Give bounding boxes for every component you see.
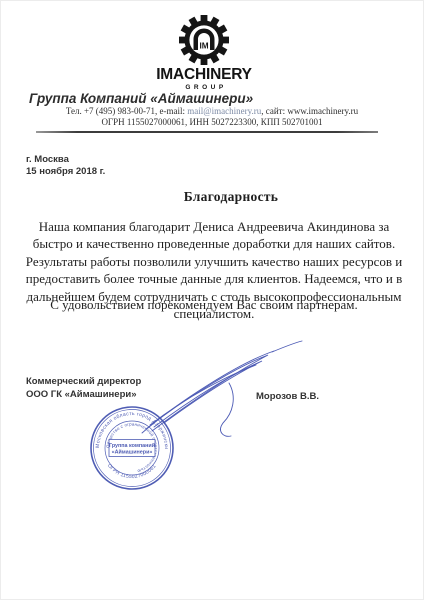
company-logo: IM IMACHINERY GROUP: [0, 14, 415, 91]
header-divider: [36, 131, 378, 133]
site-label: , сайт:: [261, 106, 287, 116]
closing-line: С удовольствием порекомендуем Вас своим …: [1, 297, 423, 313]
logo-name: IMACHINERY: [156, 67, 252, 82]
phone-label: Тел. +7 (495) 983-00-71, e-mail:: [66, 106, 187, 116]
logo-monogram: IM: [199, 42, 208, 51]
contact-line: Тел. +7 (495) 983-00-71, e-mail: mail@im…: [1, 106, 423, 116]
letter-page: IM IMACHINERY GROUP Группа Компаний «Айм…: [0, 0, 424, 600]
city-label: г. Москва: [26, 154, 69, 165]
stamp-center-line2: «Аймашинери»: [112, 449, 153, 456]
date-label: 15 ноября 2018 г.: [26, 166, 105, 177]
stamp-center-line1: Группа компаний: [109, 442, 155, 449]
handwritten-signature: [134, 339, 306, 441]
gear-icon: IM: [175, 14, 233, 66]
email-link: mail@imachinery.ru: [187, 106, 261, 116]
website-link: www.imachinery.ru: [287, 106, 358, 116]
registration-line: ОГРН 1155027000061, ИНН 5027223300, КПП …: [1, 117, 423, 127]
logo-group-label: GROUP: [181, 84, 226, 91]
document-title: Благодарность: [1, 189, 423, 205]
signatory-position: Коммерческий директор: [26, 375, 141, 388]
company-name: Группа Компаний «Аймашинери»: [29, 91, 253, 106]
